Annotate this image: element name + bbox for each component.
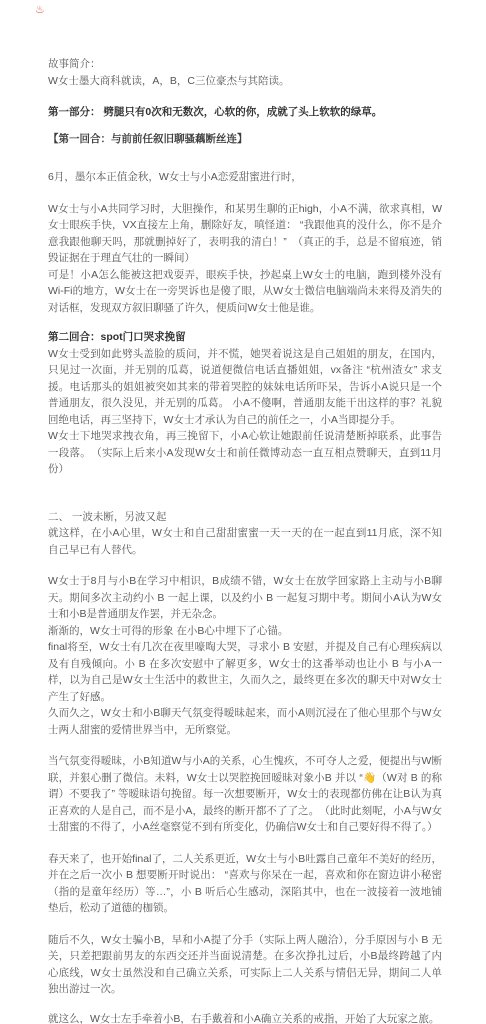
para-ambiguous-relationship: 当气氛变得暧昧，小B知道W与小A的关系，心生愧疚，不可夺人之爱，便提出与W断联，…	[48, 753, 442, 836]
section2-heading-and-intro: 二、 一波未断，另波又起 就这样，在小A心里，W女士和自己甜甜蜜蜜一天一天的在一…	[48, 509, 442, 559]
para-meeting-b: W女士于8月与小B在学习中相识，B成绩不错，W女士在放学回家路上主动与小B聊天。…	[48, 573, 442, 738]
round2-heading: 第二回合：spot门口哭求挽留	[48, 329, 442, 346]
para-deceiving-b: 随后不久，W女士骗小B，早和小A提了分手（实际上两人融洽），分手原因与小 B 无…	[48, 932, 442, 998]
document-content: 故事简介： W女士墨大商科就读，A，B，C三位豪杰与其陪读。 第一部分： 劈腿只…	[48, 56, 442, 1024]
para-june-intro: 6月，墨尔本正值金秋，W女士与小A恋爱甜蜜进行时，	[48, 169, 442, 186]
document-page: ♨ 故事简介： W女士墨大商科就读，A，B，C三位豪杰与其陪读。 第一部分： 劈…	[0, 0, 486, 1024]
red-stamp-icon: ♨	[35, 5, 45, 16]
story-intro: 故事简介： W女士墨大商科就读，A，B，C三位豪杰与其陪读。	[48, 56, 442, 89]
para-round2-story: W女士受到如此劈头盖脸的质问，并不慌，她哭着说这是自己姐姐的朋友，在国内，只见过…	[48, 346, 442, 478]
para-spring-final: 春天来了，也开始final了，二人关系更近，W女士与小B吐露自己童年不美好的经历…	[48, 851, 442, 917]
para-closing: 就这么，W女士左手牵着小B，右手戴着和小A确立关系的戒指，开始了大玩家之旅。	[48, 1011, 442, 1024]
round1-heading: 【第一回合：与前前任叙旧聊骚藕断丝连】	[48, 131, 442, 148]
para-round1-story: W女士与小A共同学习时，大胆操作，和某男生聊的正high，小A不满，欲求真相，W…	[48, 201, 442, 317]
part1-heading: 第一部分： 劈腿只有0次和无数次，心软的你，成就了头上软软的绿草。	[48, 104, 442, 121]
